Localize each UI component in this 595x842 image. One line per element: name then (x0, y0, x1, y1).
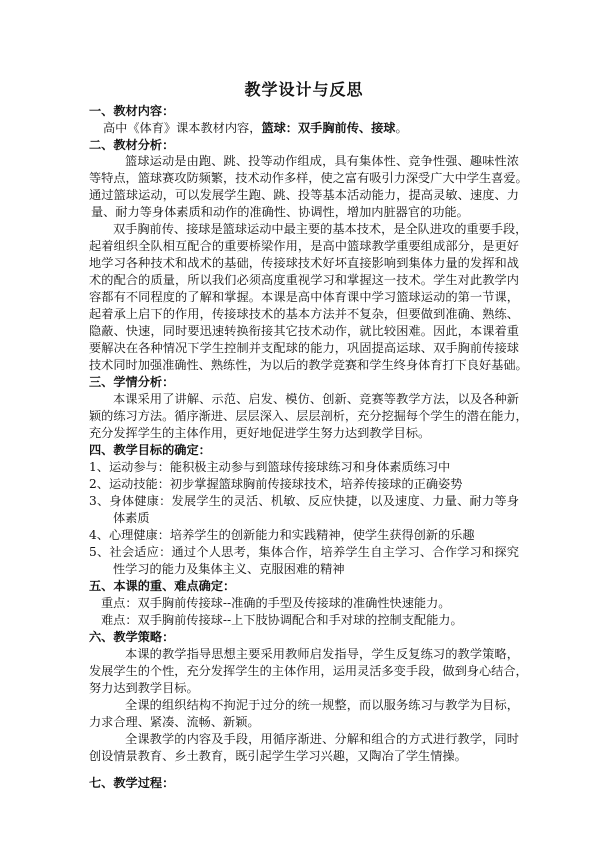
content-line: 高中《体育》课本教材内容，篮球：双手胸前传、接球。 (103, 120, 533, 136)
paragraph-line: 等特点，篮球赛攻防频繁，技术动作多样，使之富有吸引力深受广大中学生喜爱。 (89, 170, 519, 186)
paragraph-line: 地学习各种技术和战术的基础，传接球技术好坏直接影响到集体力量的发挥和战 (89, 255, 519, 271)
objective-item: 3、身体健康：发展学生的灵活、机敏、反应快捷，以及速度、力量、耐力等身 (89, 493, 519, 509)
paragraph-line: 起着承上启下的作用，传接球技术的基本方法并不复杂，但要做到准确、熟练、 (89, 306, 519, 322)
content-text: 高中《体育》课本教材内容， (103, 121, 261, 135)
paragraph-line: 颖的练习方法。循序渐进、层层深入、层层剖析，充分挖掘每个学生的潜在能力， (89, 408, 519, 424)
paragraph-line: 通过篮球运动，可以发展学生跑、跳、投等基本活动能力，提高灵敏、速度、力 (89, 187, 519, 203)
objective-item: 5、社会适应：通过个人思考，集体合作，培养学生自主学习、合作学习和探究 (89, 544, 519, 560)
section-heading-strategy: 六、教学策略： (89, 629, 519, 645)
paragraph-line: 容都有不同程度的了解和掌握。本课是高中体育课中学习篮球运动的第一节课， (89, 289, 519, 305)
objective-item-continued: 性学习的能力及集体主义、克服困难的精神 (113, 561, 543, 577)
content-bold-text: 篮球：双手胸前传、接球 (261, 121, 395, 135)
paragraph-line: 努力达到教学目标。 (89, 680, 519, 696)
section-heading-analysis: 二、教材分析： (89, 137, 519, 153)
paragraph-line: 要解决在各种情况下学生控制并支配球的能力，巩固提高运球、双手胸前传接球 (89, 340, 519, 356)
section-heading-process: 七、教学过程： (89, 775, 519, 791)
paragraph-line: 双手胸前传、接球是篮球运动中最主要的基本技术，是全队进攻的重要手段， (113, 221, 519, 237)
paragraph-line: 起着组织全队相互配合的重要桥梁作用，是高中篮球教学重要组成部分，是更好 (89, 238, 519, 254)
objective-item: 4、心理健康：培养学生的创新能力和实践精神，使学生获得创新的乐趣 (89, 527, 519, 543)
paragraph-line: 量、耐力等身体素质和动作的准确性、协调性，增加内脏器官的功能。 (91, 204, 521, 220)
objective-item: 2、运动技能：初步掌握篮球胸前传接球技术，培养传接球的正确姿势 (89, 476, 519, 492)
paragraph-line: 全课教学的内容及手段，用循序渐进、分解和组合的方式进行教学，同时 (125, 731, 519, 747)
paragraph-line: 本课采用了讲解、示范、启发、模仿、创新、竞赛等教学方法，以及各种新 (113, 391, 519, 407)
objective-item: 1、运动参与：能积极主动参与到篮球传接球练习和身体素质练习中 (89, 459, 519, 475)
section-heading-learner-analysis: 三、学情分析： (89, 374, 519, 390)
difficult-point-line: 难点：双手胸前传接球--上下肢协调配合和手对球的控制支配能力。 (101, 612, 531, 628)
paragraph-line: 充分发挥学生的主体作用，更好地促进学生努力达到教学目标。 (89, 425, 519, 441)
section-heading-content: 一、教材内容： (89, 103, 519, 119)
content-suffix: 。 (396, 121, 408, 135)
section-heading-objectives: 四、教学目标的确定： (89, 442, 519, 458)
paragraph-line: 力求合理、紧凑、流畅、新颖。 (89, 714, 519, 730)
paragraph-line: 本课的教学指导思想主要采用教师启发指导，学生反复练习的教学策略， (125, 646, 519, 662)
paragraph-line: 术的配合的质量，所以我们必须高度重视学习和掌握这一技术。学生对此教学内 (89, 272, 519, 288)
paragraph-line: 创设情景教育、乡土教育，既引起学生学习兴趣，又陶冶了学生情操。 (89, 748, 519, 764)
paragraph-line: 篮球运动是由跑、跳、投等动作组成，具有集体性、竞争性强、趣味性浓 (125, 153, 519, 169)
document-title: 教学设计与反思 (89, 77, 519, 100)
paragraph-line: 发展学生的个性，充分发挥学生的主体作用，运用灵活多变手段，做到身心结合， (89, 663, 519, 679)
section-heading-key-points: 五、本课的重、难点确定： (89, 578, 519, 594)
paragraph-line: 全课的组织结构不拘泥于过分的统一规整，而以服务练习与教学为目标， (125, 697, 519, 713)
paragraph-line: 隐蔽、快速，同时要迅速转换衔接其它技术动作，就比较困难。因此，本课着重 (89, 323, 519, 339)
paragraph-line: 技术同时加强准确性、熟练性，为以后的教学竞赛和学生终身体育打下良好基础。 (89, 357, 519, 373)
objective-item-continued: 体素质 (113, 510, 543, 526)
key-point-line: 重点：双手胸前传接球--准确的手型及传接球的准确性快速能力。 (101, 595, 531, 611)
